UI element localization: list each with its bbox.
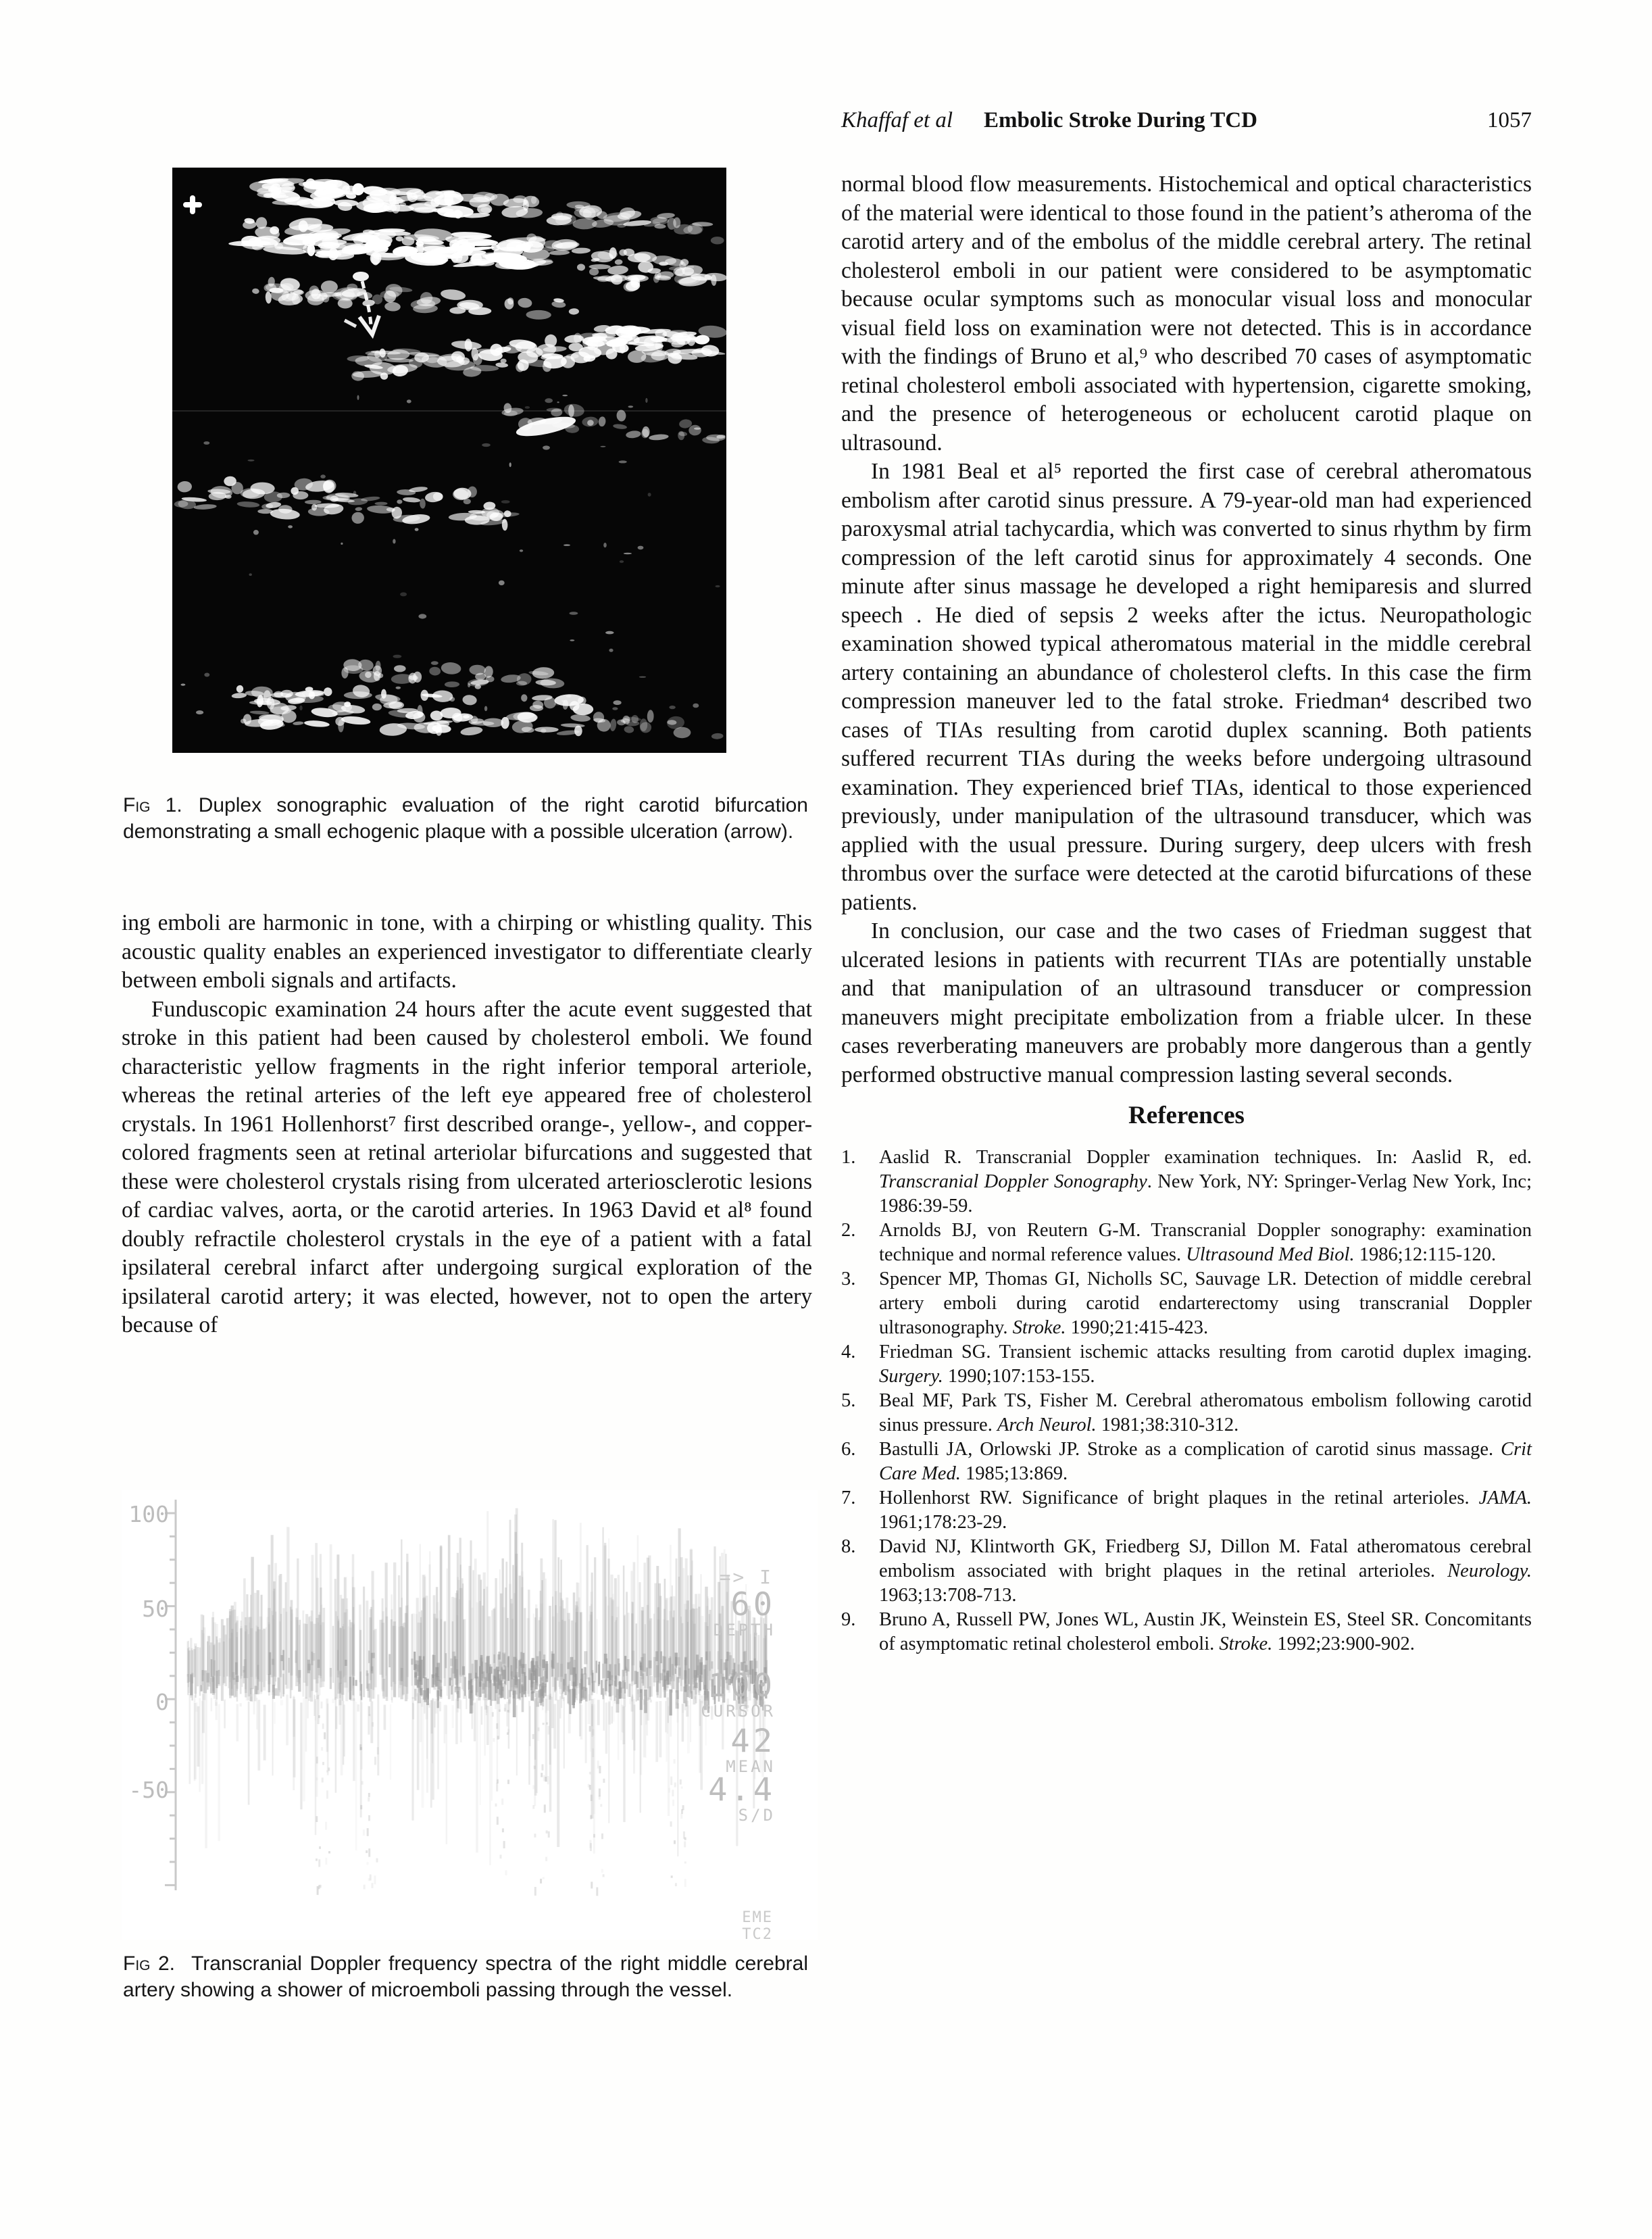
fig1-ultrasound-art: [172, 168, 726, 753]
figure2-doppler-spectra: 100 50 0 -50 => I 60 DEPTH 100 CURSOR 42…: [122, 1490, 818, 1940]
reference-item: 2.Arnolds BJ, von Reutern G-M. Transcran…: [841, 1219, 1532, 1267]
fig2-mean-value: 42: [726, 1725, 776, 1758]
reference-journal: Stroke.: [1013, 1317, 1066, 1338]
reference-journal: Neurology.: [1447, 1560, 1532, 1581]
reference-text: 1961;178:23-29.: [879, 1512, 1007, 1533]
header-authors: Khaffaf et al: [841, 108, 953, 133]
reference-journal: Stroke.: [1219, 1633, 1272, 1654]
header-article-title: Embolic Stroke During TCD: [984, 108, 1257, 133]
references-title: References: [841, 1102, 1532, 1131]
reference-number: 4.: [841, 1340, 867, 1364]
journal-page: Khaffaf et al Embolic Stroke During TCD …: [0, 0, 1652, 2239]
reference-journal: Arch Neurol.: [997, 1414, 1097, 1435]
reference-text: Friedman SG. Transient ischemic attacks …: [879, 1342, 1532, 1362]
reference-text: Bastulli JA, Orlowski JP. Stroke as a co…: [879, 1439, 1501, 1460]
reference-text: Hollenhorst RW. Significance of bright p…: [879, 1487, 1479, 1508]
right-column-text: normal blood flow measurements. Histoche…: [841, 170, 1532, 1089]
reference-journal: JAMA.: [1479, 1487, 1532, 1508]
reference-item: 7.Hollenhorst RW. Significance of bright…: [841, 1486, 1532, 1535]
reference-journal: Ultrasound Med Biol.: [1186, 1244, 1354, 1265]
reference-text: David NJ, Klintworth GK, Friedberg SJ, D…: [879, 1536, 1532, 1581]
fig2-axis-label-minus50: -50: [127, 1777, 169, 1803]
reference-number: 9.: [841, 1608, 867, 1632]
reference-number: 1.: [841, 1146, 867, 1170]
reference-item: 9.Bruno A, Russell PW, Jones WL, Austin …: [841, 1608, 1532, 1656]
fig2-depth-value: 60: [714, 1589, 776, 1621]
reference-journal: Surgery.: [879, 1366, 943, 1387]
reference-item: 8.David NJ, Klintworth GK, Friedberg SJ,…: [841, 1535, 1532, 1608]
figure1-caption-label: Fig 1.: [123, 794, 182, 816]
paragraph: In conclusion, our case and the two case…: [841, 917, 1532, 1089]
reference-text: 1986;12:115-120.: [1355, 1244, 1497, 1265]
fig2-readout-sd: 4.4 S/D: [708, 1774, 776, 1824]
figure2-caption: Fig 2.Transcranial Doppler frequency spe…: [123, 1950, 808, 2003]
reference-text: Aaslid R. Transcranial Doppler examinati…: [879, 1147, 1532, 1168]
reference-text: Bruno A, Russell PW, Jones WL, Austin JK…: [879, 1609, 1532, 1654]
figure2-caption-text: Transcranial Doppler frequency spectra o…: [123, 1952, 808, 2001]
reference-text: 1963;13:708-713.: [879, 1585, 1016, 1606]
reference-item: 1.Aaslid R. Transcranial Doppler examina…: [841, 1146, 1532, 1219]
fig2-depth-label: DEPTH: [714, 1621, 776, 1639]
fig2-device-annotation-line2: TC2: [742, 1926, 773, 1943]
reference-number: 5.: [841, 1389, 867, 1413]
paragraph: In 1981 Beal et al⁵ reported the first c…: [841, 458, 1532, 917]
reference-text: 1990;107:153-155.: [943, 1366, 1095, 1387]
fig2-device-annotation-line1: EME: [742, 1909, 773, 1926]
fig2-device-annotation: EME TC2: [742, 1909, 773, 1943]
right-column: normal blood flow measurements. Histoche…: [841, 170, 1532, 1656]
fig2-readout-mean: 42 MEAN: [726, 1725, 776, 1775]
running-header: Khaffaf et al Embolic Stroke During TCD …: [841, 108, 1532, 133]
reference-item: 3.Spencer MP, Thomas GI, Nicholls SC, Sa…: [841, 1267, 1532, 1340]
reference-text: 1990;21:415-423.: [1066, 1317, 1209, 1338]
fig2-axis-label-50: 50: [127, 1596, 169, 1622]
fig2-sd-value: 4.4: [708, 1774, 776, 1806]
reference-item: 4.Friedman SG. Transient ischemic attack…: [841, 1340, 1532, 1389]
paragraph: Funduscopic examination 24 hours after t…: [122, 995, 812, 1340]
fig2-cursor-value: 100: [701, 1670, 776, 1702]
figure1-ultrasound-image: [172, 168, 726, 753]
reference-text: 1981;38:310-312.: [1097, 1414, 1239, 1435]
reference-number: 3.: [841, 1267, 867, 1291]
reference-item: 5.Beal MF, Park TS, Fisher M. Cerebral a…: [841, 1389, 1532, 1437]
paragraph: normal blood flow measurements. Histoche…: [841, 170, 1532, 458]
fig2-corner-annotation: => I: [720, 1566, 773, 1588]
reference-number: 7.: [841, 1486, 867, 1510]
figure1-caption-text: Duplex sonographic evaluation of the rig…: [123, 794, 808, 843]
fig2-readout-depth: 60 DEPTH: [714, 1589, 776, 1639]
header-page-number: 1057: [1487, 108, 1532, 133]
reference-number: 2.: [841, 1219, 867, 1243]
figure2-caption-label: Fig 2.: [123, 1952, 175, 1975]
reference-text: 1992;23:900-902.: [1272, 1633, 1415, 1654]
reference-number: 6.: [841, 1437, 867, 1462]
reference-number: 8.: [841, 1535, 867, 1559]
fig2-cursor-label: CURSOR: [701, 1702, 776, 1720]
reference-item: 6.Bastulli JA, Orlowski JP. Stroke as a …: [841, 1437, 1532, 1486]
figure1-caption: Fig 1.Duplex sonographic evaluation of t…: [123, 792, 808, 845]
references-list: 1.Aaslid R. Transcranial Doppler examina…: [841, 1146, 1532, 1656]
fig2-sd-label: S/D: [708, 1806, 776, 1824]
paragraph: ing emboli are harmonic in tone, with a …: [122, 909, 812, 995]
fig2-axis-label-0: 0: [127, 1689, 169, 1715]
reference-journal: Transcranial Doppler Sonography: [879, 1171, 1147, 1192]
reference-text: 1985;13:869.: [961, 1463, 1068, 1484]
fig2-axis-label-100: 100: [127, 1501, 169, 1527]
left-column-text: ing emboli are harmonic in tone, with a …: [122, 909, 812, 1485]
fig2-readout-cursor: 100 CURSOR: [701, 1670, 776, 1720]
